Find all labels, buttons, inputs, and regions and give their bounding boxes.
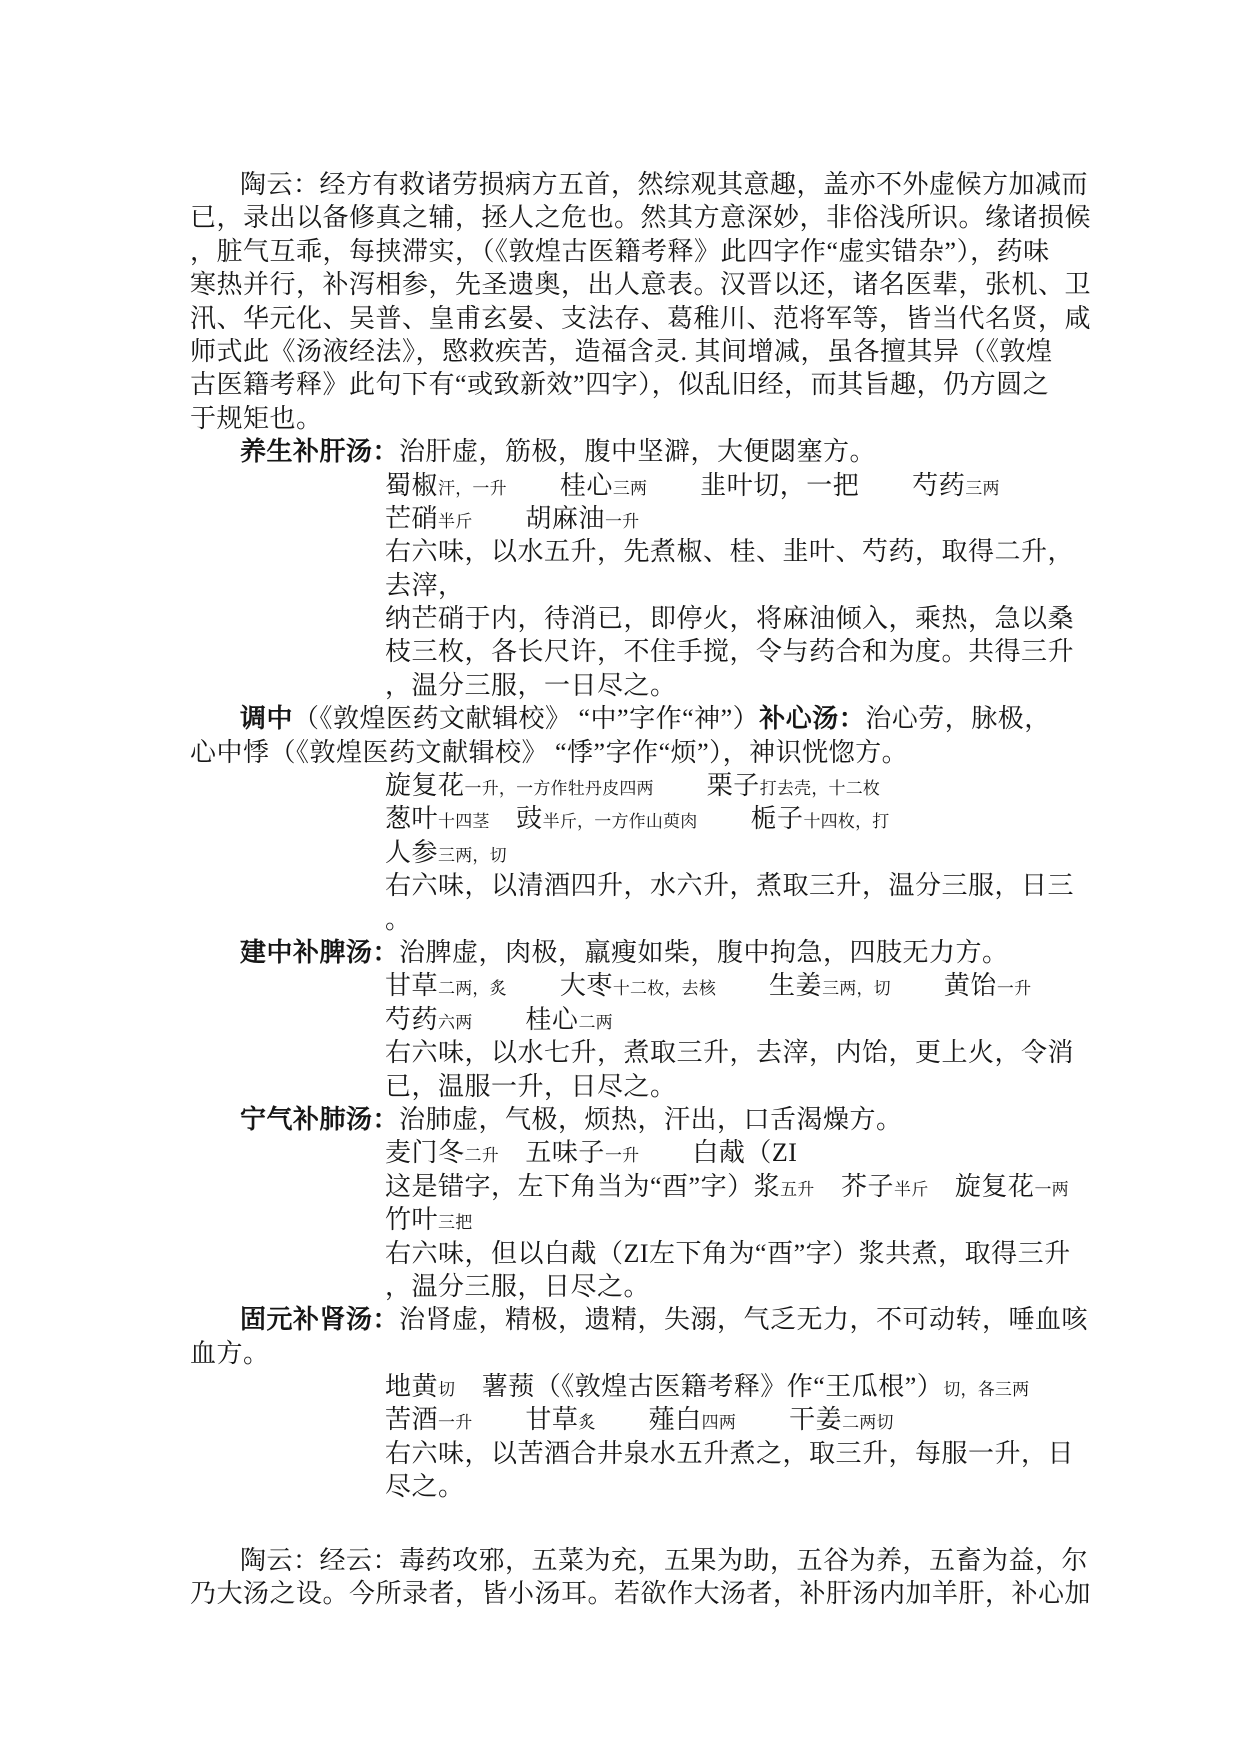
dosage-annotation: 打去壳，十二枚 [760, 779, 880, 798]
text-run: 古医籍考释》此句下有“或致新效”四字），似乱旧经，而其旨趣，仍方圆之 [190, 370, 1049, 399]
text-line: 葱叶十四茎 豉半斤，一方作山萸肉 栀子十四枚，打 [190, 802, 1115, 835]
text-run: 师式此《汤液经法》，愍救疾苦，造福含灵. 其间增减，虽各擅其异（《敦煌 [190, 337, 1053, 366]
text-line: 乃大汤之设。今所录者，皆小汤耳。若欲作大汤者，补肝汤内加羊肝，补心加 [190, 1577, 1115, 1610]
text-run: 已，温服一升，日尽之。 [385, 1072, 677, 1101]
dosage-annotation: 六两 [438, 1013, 472, 1032]
text-line: 寒热并行，补泻相参，先圣遗奥，出人意表。汉晋以还，诸名医辈，张机、卫 [190, 268, 1115, 301]
dosage-annotation: 一升 [438, 1413, 472, 1432]
text-line: 去滓， [190, 569, 1115, 602]
text-line: 汛、华元化、吴普、皇甫玄晏、支法存、葛稚川、范将军等，皆当代名贤，咸 [190, 302, 1115, 335]
text-line: 右六味，以苦酒合井泉水五升煮之，取三升，每服一升，日 [190, 1437, 1115, 1470]
text-line: 这是错字，左下角当为“酉”字）浆五升 芥子半斤 旋复花一两 [190, 1170, 1115, 1203]
text-run: 这是错字，左下角当为“酉”字）浆 [385, 1172, 780, 1201]
dosage-annotation: 二升 [465, 1146, 499, 1165]
text-run: 。 [385, 905, 412, 934]
formula-name: 建中补脾汤： [240, 938, 399, 967]
text-line: 蜀椒汗，一升 桂心三两 韭叶切，一把 芍药三两 [190, 469, 1115, 502]
text-run: 生姜 [716, 971, 822, 1000]
text-run: 芍药 [385, 1005, 438, 1034]
dosage-annotation: 汗，一升 [438, 479, 507, 498]
document-page: 陶云：经方有救诸劳损病方五首，然综观其意趣，盖亦不外虚候方加减而已，录出以备修真… [0, 0, 1241, 1754]
text-line: ，脏气互乖，每挟滞实，（《敦煌古医籍考释》此四字作“虚实错杂”），药味 [190, 235, 1115, 268]
dosage-annotation: 四两 [702, 1413, 736, 1432]
dosage-annotation: 一升，一方作牡丹皮四两 [465, 779, 654, 798]
blank-line [190, 1504, 1115, 1544]
text-run: （《敦煌医药文献辑校》 “中”字作“神”） [293, 704, 759, 733]
text-line: 宁气补肺汤：治肺虚，气极，烦热，汗出，口舌渴燥方。 [190, 1103, 1115, 1136]
text-run: 甘草 [472, 1405, 578, 1434]
dosage-annotation: 三两，切 [438, 846, 507, 865]
text-run: 五味子 [499, 1138, 605, 1167]
text-run: 黄饴 [891, 971, 997, 1000]
text-run: 麦门冬 [385, 1138, 465, 1167]
text-run: 桂心 [507, 471, 613, 500]
document-text: 陶云：经方有救诸劳损病方五首，然综观其意趣，盖亦不外虚候方加减而已，录出以备修真… [190, 168, 1115, 1610]
text-run: 纳芒硝于内，待消已，即停火，将麻油倾入，乘热，急以桑 [385, 604, 1074, 633]
text-line: ，温分三服，日尽之。 [190, 1270, 1115, 1303]
dosage-annotation: 二两 [578, 1013, 612, 1032]
text-line: 。 [190, 903, 1115, 936]
dosage-annotation: 二两切 [842, 1413, 894, 1432]
text-run: 汛、华元化、吴普、皇甫玄晏、支法存、葛稚川、范将军等，皆当代名贤，咸 [190, 304, 1091, 333]
text-line: 已，录出以备修真之辅，拯人之危也。然其方意深妙，非俗浅所识。缘诸损候 [190, 201, 1115, 234]
text-line: 枝三枚，各长尺许，不住手搅，令与药合和为度。共得三升 [190, 635, 1115, 668]
text-run: 右六味，以苦酒合井泉水五升煮之，取三升，每服一升，日 [385, 1439, 1074, 1468]
text-run: 右六味，但以白胾（ZI左下角为“酉”字）浆共煮，取得三升 [385, 1239, 1071, 1268]
text-run: 治心劳，脉极， [865, 704, 1051, 733]
text-run: 地黄 [385, 1372, 438, 1401]
dosage-annotation: 一升 [605, 512, 639, 531]
dosage-annotation: 一升 [605, 1146, 639, 1165]
text-run: 陶云：经方有救诸劳损病方五首，然综观其意趣，盖亦不外虚候方加减而 [240, 170, 1088, 199]
text-run: 治肾虚，精极，遗精，失溺，气乏无力，不可动转，唾血咳 [399, 1305, 1088, 1334]
text-line: 尽之。 [190, 1470, 1115, 1503]
text-line: ，温分三服，一日尽之。 [190, 669, 1115, 702]
text-line: 甘草二两，炙 大枣十二枚，去核 生姜三两，切 黄饴一升 [190, 969, 1115, 1002]
text-line: 芒硝半斤 胡麻油一升 [190, 502, 1115, 535]
text-run: 竹叶 [385, 1205, 438, 1234]
text-run: 芒硝 [385, 504, 438, 533]
text-run: 栗子 [654, 771, 760, 800]
text-line: 血方。 [190, 1337, 1115, 1370]
dosage-annotation: 二两，炙 [438, 979, 507, 998]
dosage-annotation: 五升 [780, 1180, 814, 1199]
text-run: 陶云：经云：毒药攻邪，五菜为充，五果为助，五谷为养，五畜为益，尔 [240, 1546, 1088, 1575]
dosage-annotation: 三两，切 [822, 979, 891, 998]
text-line: 养生补肝汤：治肝虚，筋极，腹中坚澼，大便閟塞方。 [190, 435, 1115, 468]
text-run: 右六味，以水七升，煮取三升，去滓，内饴，更上火，令消 [385, 1038, 1074, 1067]
text-run: 旋复花 [928, 1172, 1034, 1201]
text-line: 建中补脾汤：治脾虚，肉极，羸瘦如柴，腹中拘急，四肢无力方。 [190, 936, 1115, 969]
text-run: 于规矩也。 [190, 404, 323, 433]
text-line: 右六味，以清酒四升，水六升，煮取三升，温分三服，日三 [190, 869, 1115, 902]
text-run: 寒热并行，补泻相参，先圣遗奥，出人意表。汉晋以还，诸名医辈，张机、卫 [190, 270, 1091, 299]
text-run: 右六味，以清酒四升，水六升，煮取三升，温分三服，日三 [385, 871, 1074, 900]
text-run: 薯蓣（《敦煌古医籍考释》作“王瓜根”） [455, 1372, 943, 1401]
text-line: 固元补肾汤：治肾虚，精极，遗精，失溺，气乏无力，不可动转，唾血咳 [190, 1303, 1115, 1336]
text-line: 麦门冬二升 五味子一升 白胾（ZI [190, 1136, 1115, 1169]
text-line: 右六味，以水七升，煮取三升，去滓，内饴，更上火，令消 [190, 1036, 1115, 1069]
text-run: 豉 [490, 804, 543, 833]
formula-name: 养生补肝汤： [240, 437, 399, 466]
text-run: 薤白 [596, 1405, 702, 1434]
dosage-annotation: 三两 [613, 479, 647, 498]
text-line: 陶云：经方有救诸劳损病方五首，然综观其意趣，盖亦不外虚候方加减而 [190, 168, 1115, 201]
text-line: 于规矩也。 [190, 402, 1115, 435]
text-line: 人参三两，切 [190, 836, 1115, 869]
formula-name: 补心汤： [759, 704, 865, 733]
text-run: 乃大汤之设。今所录者，皆小汤耳。若欲作大汤者，补肝汤内加羊肝，补心加 [190, 1579, 1091, 1608]
text-run: 治肺虚，气极，烦热，汗出，口舌渴燥方。 [399, 1105, 903, 1134]
dosage-annotation: 十四茎 [438, 812, 490, 831]
text-run: 心中悸（《敦煌医药文献辑校》 “悸”字作“烦”），神识恍惚方。 [190, 738, 908, 767]
dosage-annotation: 半斤，一方作山萸肉 [543, 812, 698, 831]
text-line: 已，温服一升，日尽之。 [190, 1070, 1115, 1103]
text-run: ，温分三服，一日尽之。 [385, 671, 677, 700]
text-run: 蜀椒 [385, 471, 438, 500]
dosage-annotation: 一两 [1034, 1180, 1068, 1199]
text-line: 心中悸（《敦煌医药文献辑校》 “悸”字作“烦”），神识恍惚方。 [190, 736, 1115, 769]
formula-name: 宁气补肺汤： [240, 1105, 399, 1134]
text-run: 人参 [385, 838, 438, 867]
text-run: 甘草 [385, 971, 438, 1000]
text-run: 韭叶切，一把 芍药 [647, 471, 965, 500]
text-line: 右六味，以水五升，先煮椒、桂、韭叶、芍药，取得二升， [190, 535, 1115, 568]
text-run: 右六味，以水五升，先煮椒、桂、韭叶、芍药，取得二升， [385, 537, 1074, 566]
text-line: 古医籍考释》此句下有“或致新效”四字），似乱旧经，而其旨趣，仍方圆之 [190, 368, 1115, 401]
dosage-annotation: 一升 [997, 979, 1031, 998]
text-run: 去滓， [385, 571, 465, 600]
text-line: 调中（《敦煌医药文献辑校》 “中”字作“神”）补心汤：治心劳，脉极， [190, 702, 1115, 735]
formula-name: 调中 [240, 704, 293, 733]
text-run: 治肝虚，筋极，腹中坚澼，大便閟塞方。 [399, 437, 876, 466]
dosage-annotation: 十二枚，去核 [613, 979, 716, 998]
text-line: 陶云：经云：毒药攻邪，五菜为充，五果为助，五谷为养，五畜为益，尔 [190, 1544, 1115, 1577]
text-run: 葱叶 [385, 804, 438, 833]
text-run: 苦酒 [385, 1405, 438, 1434]
dosage-annotation: 三两 [965, 479, 999, 498]
dosage-annotation: 三把 [438, 1213, 472, 1232]
text-line: 旋复花一升，一方作牡丹皮四两 栗子打去壳，十二枚 [190, 769, 1115, 802]
text-run: 旋复花 [385, 771, 465, 800]
text-line: 右六味，但以白胾（ZI左下角为“酉”字）浆共煮，取得三升 [190, 1237, 1115, 1270]
dosage-annotation: 半斤 [894, 1180, 928, 1199]
text-run: 芥子 [815, 1172, 895, 1201]
text-run: ，脏气互乖，每挟滞实，（《敦煌古医籍考释》此四字作“虚实错杂”），药味 [190, 237, 1050, 266]
dosage-annotation: 十四枚，打 [803, 812, 889, 831]
text-run: 治脾虚，肉极，羸瘦如柴，腹中拘急，四肢无力方。 [399, 938, 1009, 967]
text-run: 血方。 [190, 1339, 270, 1368]
text-run: 栀子 [697, 804, 803, 833]
text-run: 桂心 [472, 1005, 578, 1034]
dosage-annotation: 切，各三两 [943, 1380, 1029, 1399]
text-run: 大枣 [507, 971, 613, 1000]
dosage-annotation: 切 [438, 1380, 455, 1399]
text-run: 胡麻油 [472, 504, 605, 533]
dosage-annotation: 炙 [578, 1413, 595, 1432]
formula-name: 固元补肾汤： [240, 1305, 399, 1334]
text-line: 地黄切 薯蓣（《敦煌古医籍考释》作“王瓜根”）切，各三两 [190, 1370, 1115, 1403]
text-run: 枝三枚，各长尺许，不住手搅，令与药合和为度。共得三升 [385, 637, 1074, 666]
text-run: ，温分三服，日尽之。 [385, 1272, 650, 1301]
text-line: 师式此《汤液经法》，愍救疾苦，造福含灵. 其间增减，虽各擅其异（《敦煌 [190, 335, 1115, 368]
text-line: 芍药六两 桂心二两 [190, 1003, 1115, 1036]
text-run: 尽之。 [385, 1472, 465, 1501]
text-line: 竹叶三把 [190, 1203, 1115, 1236]
text-line: 纳芒硝于内，待消已，即停火，将麻油倾入，乘热，急以桑 [190, 602, 1115, 635]
dosage-annotation: 半斤 [438, 512, 472, 531]
text-run: 已，录出以备修真之辅，拯人之危也。然其方意深妙，非俗浅所识。缘诸损候 [190, 203, 1091, 232]
text-line: 苦酒一升 甘草炙 薤白四两 干姜二两切 [190, 1403, 1115, 1436]
text-run: 干姜 [736, 1405, 842, 1434]
text-run: 白胾（ZI [639, 1138, 797, 1167]
